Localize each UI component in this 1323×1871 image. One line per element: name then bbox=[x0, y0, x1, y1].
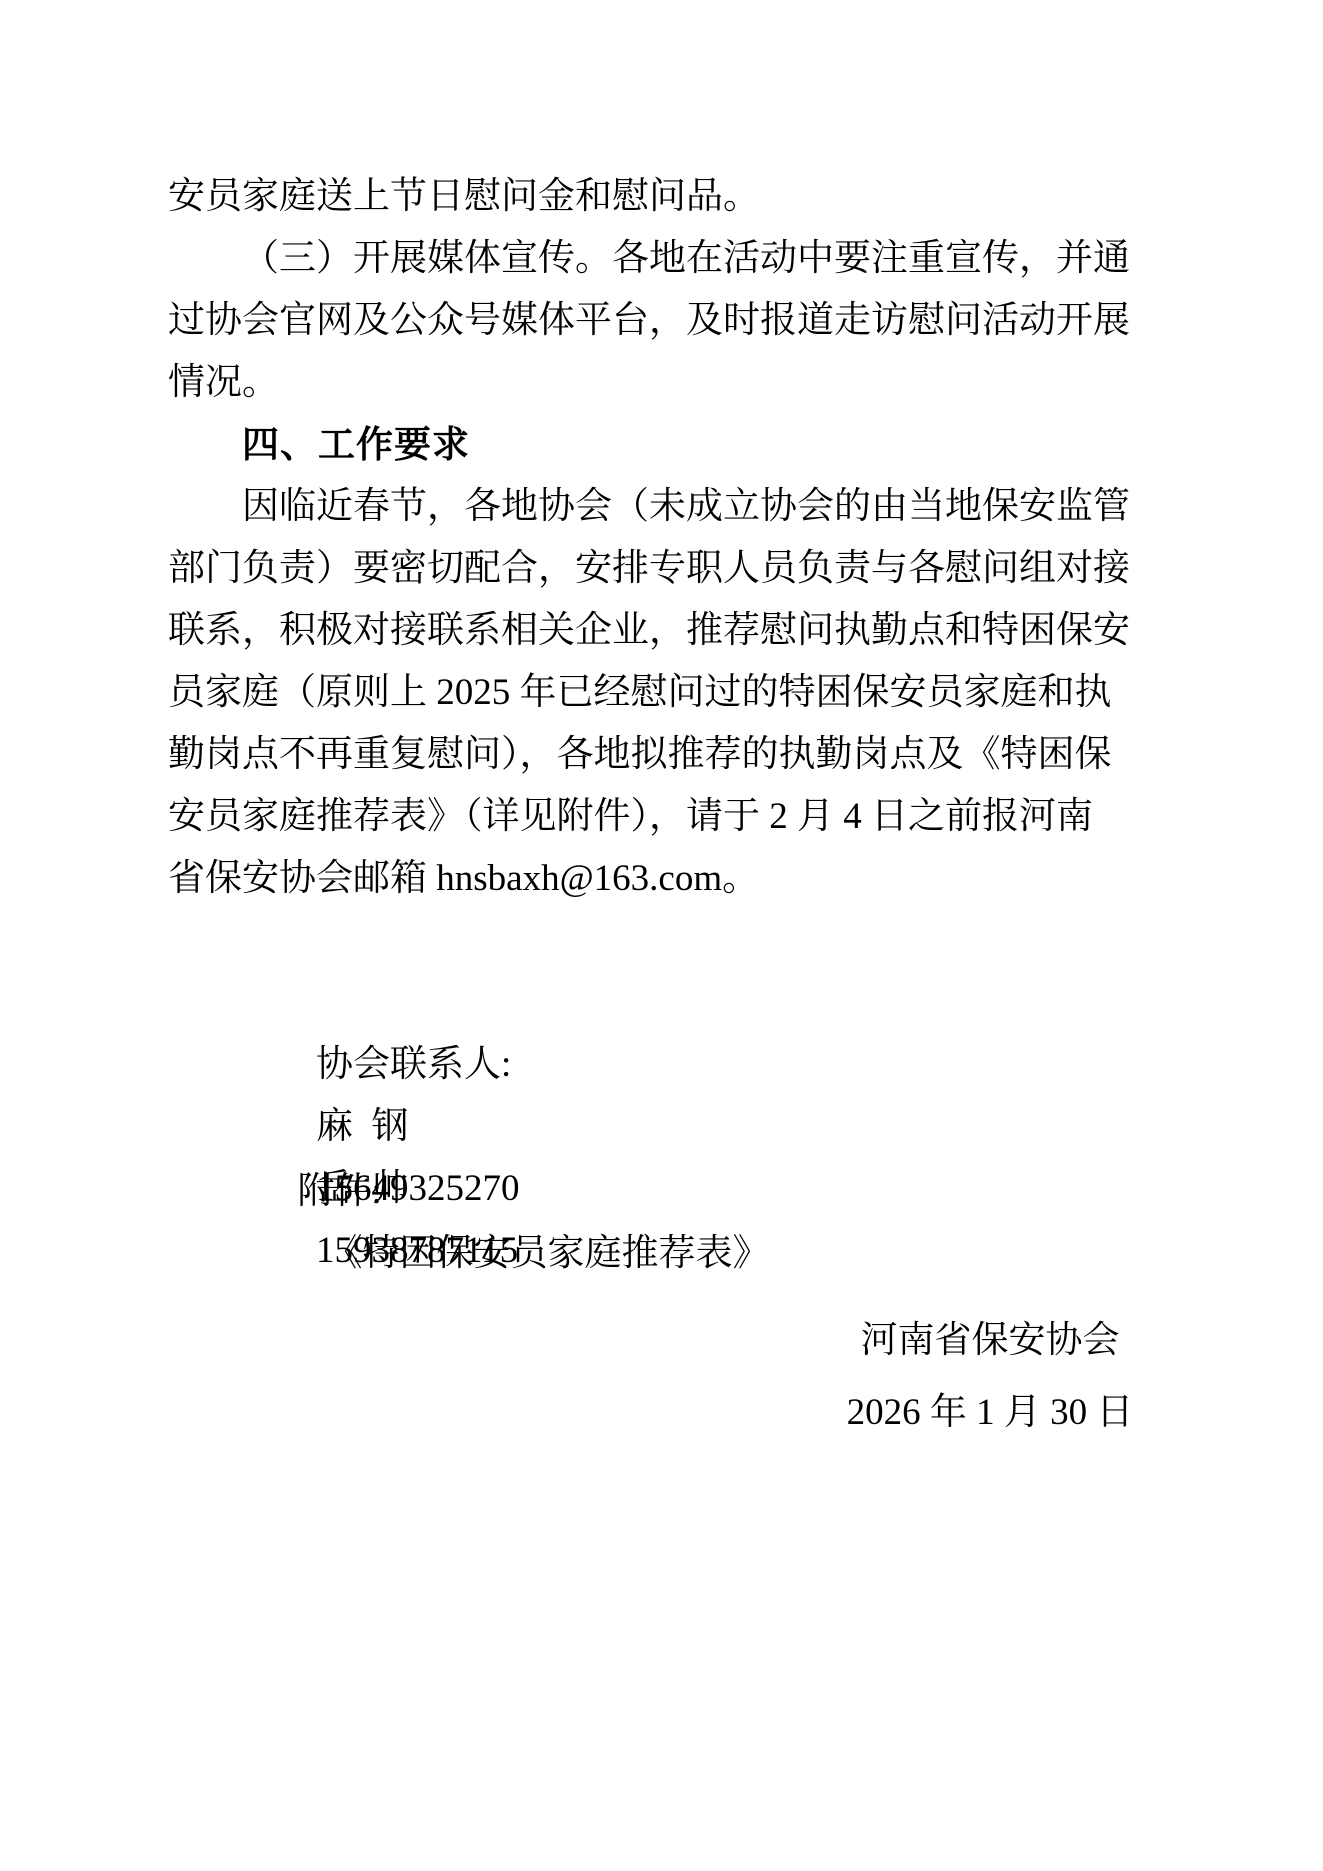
doc-line-media-publicity-3: 情况。 bbox=[168, 352, 1173, 414]
doc-line-continuation: 安员家庭送上节日慰问金和慰问品。 bbox=[168, 166, 1173, 228]
contact-block: 协会联系人: 麻 钢 15649325270 岳 帅 15938787115 bbox=[168, 972, 1173, 1096]
doc-line-requirements-4: 员家庭（原则上 2025 年已经慰问过的特困保安员家庭和执 bbox=[168, 662, 1173, 724]
doc-line-requirements-3: 联系，积极对接联系相关企业，推荐慰问执勤点和特困保安 bbox=[168, 600, 1173, 662]
heading-work-requirements: 四、工作要求 bbox=[168, 414, 1173, 476]
document-page: 安员家庭送上节日慰问金和慰问品。 （三）开展媒体宣传。各地在活动中要注重宣传，并… bbox=[0, 0, 1323, 1871]
doc-line-requirements-6: 安员家庭推荐表》（详见附件），请于 2 月 4 日之前报河南 bbox=[168, 786, 1173, 848]
doc-line-media-publicity-2: 过协会官网及公众号媒体平台，及时报道走访慰问活动开展 bbox=[168, 290, 1173, 352]
attachment-label: 附件: bbox=[298, 1171, 382, 1212]
doc-line-media-publicity-1: （三）开展媒体宣传。各地在活动中要注重宣传，并通 bbox=[168, 228, 1173, 290]
contact-row-1: 协会联系人: 麻 钢 15649325270 bbox=[242, 972, 1173, 1034]
doc-line-email: 省保安协会邮箱 hnsbaxh@163.com。 bbox=[168, 848, 1173, 910]
contact-persons-label: 协会联系人: bbox=[316, 1034, 556, 1096]
doc-line-requirements-5: 勤岗点不再重复慰问），各地拟推荐的执勤岗点及《特困保 bbox=[168, 724, 1173, 786]
document-body: 安员家庭送上节日慰问金和慰问品。 （三）开展媒体宣传。各地在活动中要注重宣传，并… bbox=[0, 0, 1323, 1161]
doc-line-requirements-2: 部门负责）要密切配合，安排专职人员负责与各慰问组对接 bbox=[168, 538, 1173, 600]
attachment-title: 《特困保安员家庭推荐表》 bbox=[326, 1233, 770, 1274]
doc-line-requirements-1: 因临近春节，各地协会（未成立协会的由当地保安监管 bbox=[168, 476, 1173, 538]
signature-org: 河南省保安协会 bbox=[690, 1310, 1290, 1372]
signature-date: 2026 年 1 月 30 日 bbox=[690, 1382, 1290, 1444]
signature-block: 河南省保安协会 2026 年 1 月 30 日 bbox=[690, 1310, 1290, 1444]
